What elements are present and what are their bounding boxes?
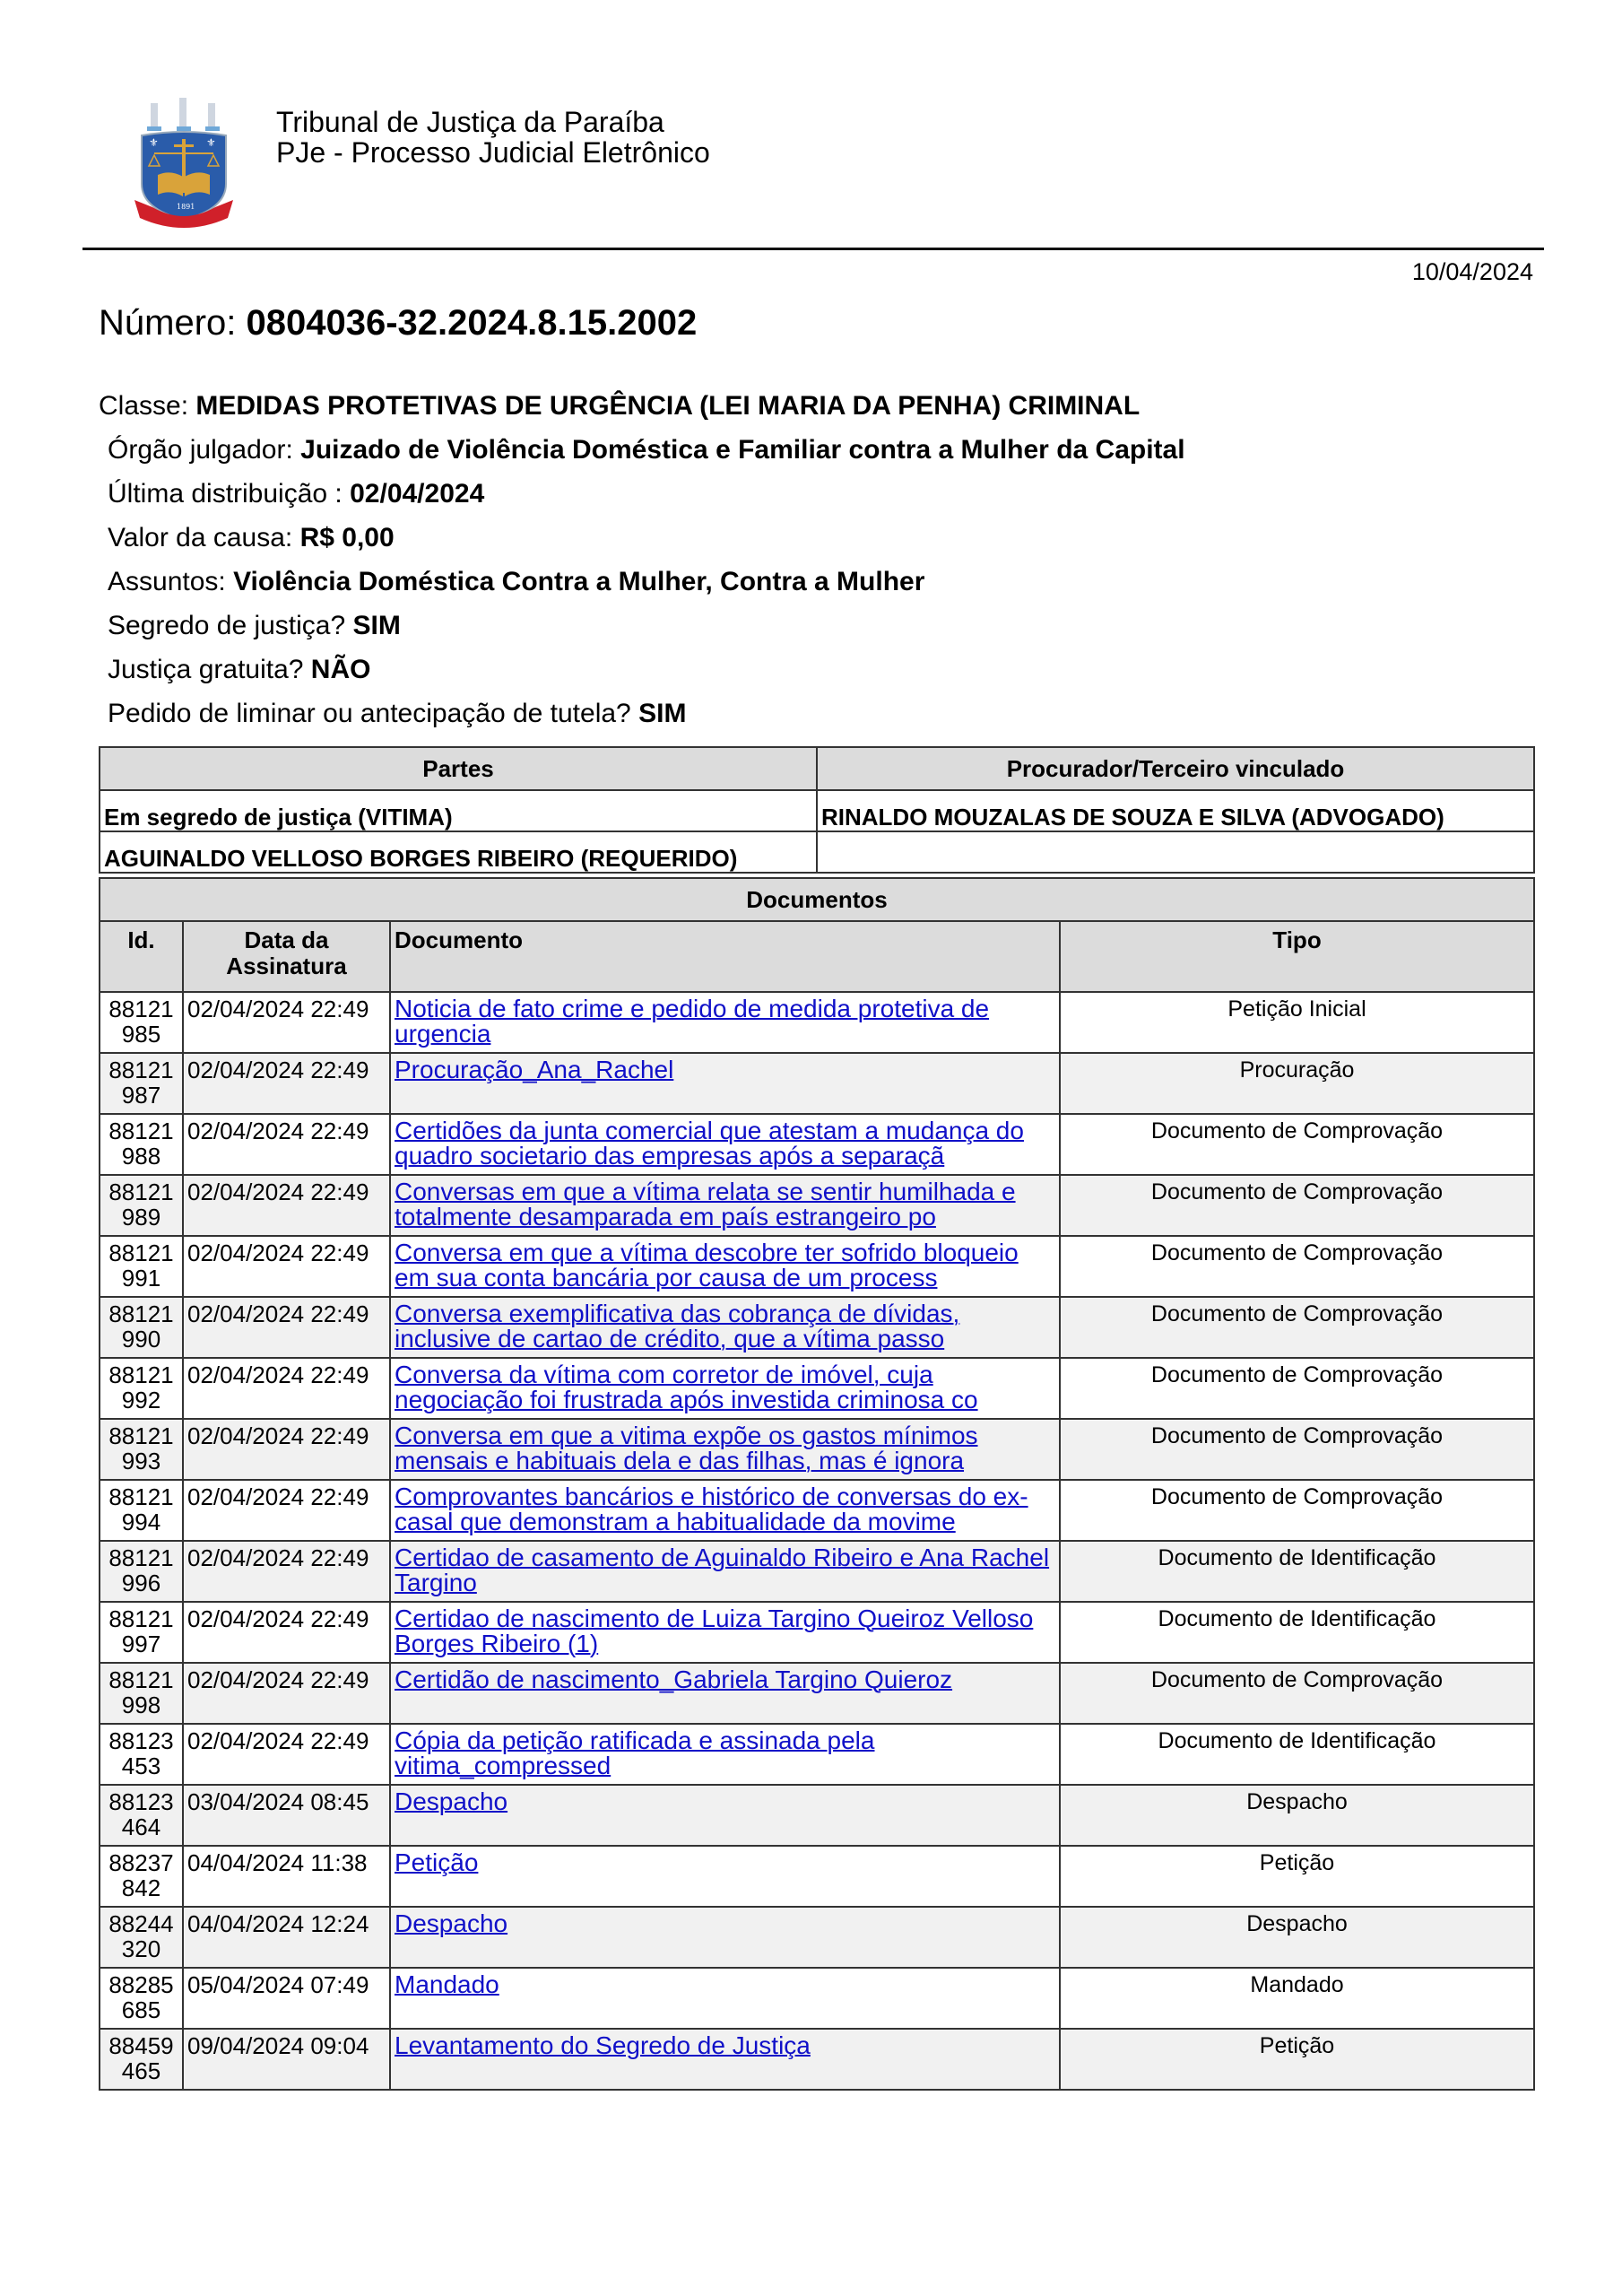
document-id: 88121991 [100, 1236, 183, 1297]
col-date: Data daAssinatura [183, 921, 390, 992]
document-link[interactable]: Despacho [395, 1787, 507, 1815]
document-row: 8845946509/04/2024 09:04Levantamento do … [100, 2029, 1534, 2090]
document-link[interactable]: Conversa da vítima com corretor de imóve… [395, 1361, 978, 1413]
documents-body: 8812198502/04/2024 22:49Noticia de fato … [100, 992, 1534, 2090]
document-row: 8812199302/04/2024 22:49Conversa em que … [100, 1419, 1534, 1480]
document-cell: Despacho [390, 1907, 1060, 1968]
field-valor-causa: Valor da causa: R$ 0,00 [99, 516, 1185, 560]
court-title-block: Tribunal de Justiça da Paraíba PJe - Pro… [276, 107, 710, 168]
document-cell: Comprovantes bancários e histórico de co… [390, 1480, 1060, 1541]
process-number-label: Número: [99, 303, 236, 343]
party-row: AGUINALDO VELLOSO BORGES RIBEIRO (REQUER… [100, 831, 1534, 873]
col-type: Tipo [1060, 921, 1534, 992]
document-cell: Conversas em que a vítima relata se sent… [390, 1175, 1060, 1236]
document-type: Procuração [1060, 1053, 1534, 1114]
document-link[interactable]: Conversa exemplificativa das cobrança de… [395, 1300, 959, 1352]
party-name: Em segredo de justiça (VITIMA) [100, 790, 817, 831]
document-id: 88459465 [100, 2029, 183, 2090]
document-link[interactable]: Certidão de nascimento_Gabriela Targino … [395, 1665, 952, 1693]
documents-column-headers: Id. Data daAssinatura Documento Tipo [100, 921, 1534, 992]
document-link[interactable]: Despacho [395, 1909, 507, 1937]
col-id: Id. [100, 921, 183, 992]
field-pedido-liminar: Pedido de liminar ou antecipação de tute… [99, 691, 1185, 735]
document-cell: Mandado [390, 1968, 1060, 2029]
party-name: AGUINALDO VELLOSO BORGES RIBEIRO (REQUER… [100, 831, 817, 873]
party-attorney [817, 831, 1534, 873]
document-signature-date: 02/04/2024 22:49 [183, 1053, 390, 1114]
document-id: 88121989 [100, 1175, 183, 1236]
document-type: Despacho [1060, 1785, 1534, 1846]
svg-text:1891: 1891 [177, 203, 195, 211]
document-type: Documento de Identificação [1060, 1602, 1534, 1663]
document-type: Documento de Comprovação [1060, 1663, 1534, 1724]
document-type: Documento de Comprovação [1060, 1419, 1534, 1480]
document-signature-date: 02/04/2024 22:49 [183, 1419, 390, 1480]
system-name: PJe - Processo Judicial Eletrônico [276, 137, 710, 168]
document-type: Petição [1060, 2029, 1534, 2090]
document-link[interactable]: Mandado [395, 1970, 499, 1998]
document-type: Documento de Comprovação [1060, 1175, 1534, 1236]
document-id: 88237842 [100, 1846, 183, 1907]
process-number-value: 0804036-32.2024.8.15.2002 [247, 303, 698, 343]
document-cell: Conversa em que a vítima descobre ter so… [390, 1236, 1060, 1297]
col-document: Documento [390, 921, 1060, 992]
party-attorney: RINALDO MOUZALAS DE SOUZA E SILVA (ADVOG… [817, 790, 1534, 831]
document-signature-date: 02/04/2024 22:49 [183, 1358, 390, 1419]
document-row: 8812198902/04/2024 22:49Conversas em que… [100, 1175, 1534, 1236]
document-type: Petição [1060, 1846, 1534, 1907]
document-row: 8812198702/04/2024 22:49Procuração_Ana_R… [100, 1053, 1534, 1114]
document-id: 88121996 [100, 1541, 183, 1602]
document-row: 8812198802/04/2024 22:49Certidões da jun… [100, 1114, 1534, 1175]
document-row: 8812198502/04/2024 22:49Noticia de fato … [100, 992, 1534, 1053]
document-signature-date: 02/04/2024 22:49 [183, 1602, 390, 1663]
document-id: 88123453 [100, 1724, 183, 1785]
document-link[interactable]: Conversas em que a vítima relata se sent… [395, 1178, 1016, 1231]
document-signature-date: 02/04/2024 22:49 [183, 1175, 390, 1236]
document-cell: Conversa da vítima com corretor de imóve… [390, 1358, 1060, 1419]
document-row: 8812346403/04/2024 08:45DespachoDespacho [100, 1785, 1534, 1846]
document-link[interactable]: Certidao de casamento de Aguinaldo Ribei… [395, 1544, 1049, 1596]
party-row: Em segredo de justiça (VITIMA) RINALDO M… [100, 790, 1534, 831]
document-link[interactable]: Certidões da junta comercial que atestam… [395, 1117, 1024, 1170]
document-id: 88121997 [100, 1602, 183, 1663]
document-id: 88121998 [100, 1663, 183, 1724]
document-signature-date: 02/04/2024 22:49 [183, 992, 390, 1053]
document-row: 8828568505/04/2024 07:49MandadoMandado [100, 1968, 1534, 2029]
document-row: 8812199002/04/2024 22:49Conversa exempli… [100, 1297, 1534, 1358]
parties-table: Partes Procurador/Terceiro vinculado Em … [99, 746, 1535, 874]
document-signature-date: 05/04/2024 07:49 [183, 1968, 390, 2029]
document-signature-date: 02/04/2024 22:49 [183, 1541, 390, 1602]
document-row: 8812199402/04/2024 22:49Comprovantes ban… [100, 1480, 1534, 1541]
document-cell: Despacho [390, 1785, 1060, 1846]
document-row: 8824432004/04/2024 12:24DespachoDespacho [100, 1907, 1534, 1968]
document-link[interactable]: Certidao de nascimento de Luiza Targino … [395, 1605, 1033, 1657]
field-classe: Classe: MEDIDAS PROTETIVAS DE URGÊNCIA (… [99, 384, 1185, 428]
parties-header: Partes [100, 747, 817, 790]
document-cell: Conversa exemplificativa das cobrança de… [390, 1297, 1060, 1358]
document-link[interactable]: Comprovantes bancários e histórico de co… [395, 1483, 1028, 1535]
document-id: 88121987 [100, 1053, 183, 1114]
document-type: Documento de Comprovação [1060, 1358, 1534, 1419]
document-cell: Certidao de casamento de Aguinaldo Ribei… [390, 1541, 1060, 1602]
document-cell: Conversa em que a vitima expõe os gastos… [390, 1419, 1060, 1480]
field-assuntos: Assuntos: Violência Doméstica Contra a M… [99, 560, 1185, 604]
document-id: 88285685 [100, 1968, 183, 2029]
document-type: Documento de Identificação [1060, 1724, 1534, 1785]
document-link[interactable]: Conversa em que a vítima descobre ter so… [395, 1239, 1019, 1291]
document-link[interactable]: Procuração_Ana_Rachel [395, 1056, 673, 1083]
document-link[interactable]: Noticia de fato crime e pedido de medida… [395, 995, 989, 1048]
documents-table: Documentos Id. Data daAssinatura Documen… [99, 877, 1535, 2091]
documents-title: Documentos [100, 878, 1534, 921]
document-row: 8812199802/04/2024 22:49Certidão de nasc… [100, 1663, 1534, 1724]
parties-header-row: Partes Procurador/Terceiro vinculado [100, 747, 1534, 790]
document-id: 88121992 [100, 1358, 183, 1419]
document-id: 88121993 [100, 1419, 183, 1480]
document-row: 8812199202/04/2024 22:49Conversa da víti… [100, 1358, 1534, 1419]
document-cell: Levantamento do Segredo de Justiça [390, 2029, 1060, 2090]
document-cell: Certidões da junta comercial que atestam… [390, 1114, 1060, 1175]
document-cell: Cópia da petição ratificada e assinada p… [390, 1724, 1060, 1785]
document-link[interactable]: Cópia da petição ratificada e assinada p… [395, 1726, 874, 1779]
court-name: Tribunal de Justiça da Paraíba [276, 107, 710, 137]
tjpb-coat-of-arms-icon: ⚜ ⚜ 1891 [134, 94, 233, 238]
print-date: 10/04/2024 [1412, 258, 1533, 286]
document-signature-date: 02/04/2024 22:49 [183, 1114, 390, 1175]
document-cell: Certidao de nascimento de Luiza Targino … [390, 1602, 1060, 1663]
document-id: 88121985 [100, 992, 183, 1053]
document-row: 8812199602/04/2024 22:49Certidao de casa… [100, 1541, 1534, 1602]
process-number: Número: 0804036-32.2024.8.15.2002 [99, 303, 697, 344]
document-cell: Certidão de nascimento_Gabriela Targino … [390, 1663, 1060, 1724]
document-link[interactable]: Conversa em que a vitima expõe os gastos… [395, 1422, 978, 1474]
document-type: Documento de Comprovação [1060, 1480, 1534, 1541]
document-signature-date: 04/04/2024 11:38 [183, 1846, 390, 1907]
field-segredo-justica: Segredo de justiça? SIM [99, 604, 1185, 648]
svg-text:⚜: ⚜ [149, 136, 159, 149]
document-link[interactable]: Petição [395, 1848, 478, 1876]
document-id: 88121990 [100, 1297, 183, 1358]
field-justica-gratuita: Justiça gratuita? NÃO [99, 648, 1185, 691]
document-cell: Procuração_Ana_Rachel [390, 1053, 1060, 1114]
document-id: 88123464 [100, 1785, 183, 1846]
document-link[interactable]: Levantamento do Segredo de Justiça [395, 2031, 811, 2059]
document-id: 88121994 [100, 1480, 183, 1541]
document-row: 8812345302/04/2024 22:49Cópia da petição… [100, 1724, 1534, 1785]
header-divider [82, 248, 1544, 250]
document-id: 88121988 [100, 1114, 183, 1175]
document-type: Despacho [1060, 1907, 1534, 1968]
document-signature-date: 04/04/2024 12:24 [183, 1907, 390, 1968]
document-signature-date: 02/04/2024 22:49 [183, 1480, 390, 1541]
document-cell: Noticia de fato crime e pedido de medida… [390, 992, 1060, 1053]
document-signature-date: 02/04/2024 22:49 [183, 1297, 390, 1358]
document-signature-date: 02/04/2024 22:49 [183, 1236, 390, 1297]
document-type: Mandado [1060, 1968, 1534, 2029]
document-row: 8823784204/04/2024 11:38PetiçãoPetição [100, 1846, 1534, 1907]
document-signature-date: 02/04/2024 22:49 [183, 1724, 390, 1785]
svg-text:⚜: ⚜ [206, 136, 216, 149]
document-id: 88244320 [100, 1907, 183, 1968]
document-signature-date: 03/04/2024 08:45 [183, 1785, 390, 1846]
documents-title-row: Documentos [100, 878, 1534, 921]
document-type: Documento de Comprovação [1060, 1236, 1534, 1297]
document-row: 8812199702/04/2024 22:49Certidao de nasc… [100, 1602, 1534, 1663]
document-type: Petição Inicial [1060, 992, 1534, 1053]
field-ultima-distribuicao: Última distribuição : 02/04/2024 [99, 472, 1185, 516]
document-row: 8812199102/04/2024 22:49Conversa em que … [100, 1236, 1534, 1297]
document-signature-date: 02/04/2024 22:49 [183, 1663, 390, 1724]
document-cell: Petição [390, 1846, 1060, 1907]
process-info: Classe: MEDIDAS PROTETIVAS DE URGÊNCIA (… [99, 384, 1185, 735]
document-type: Documento de Identificação [1060, 1541, 1534, 1602]
field-orgao-julgador: Órgão julgador: Juizado de Violência Dom… [99, 428, 1185, 472]
document-type: Documento de Comprovação [1060, 1114, 1534, 1175]
document-signature-date: 09/04/2024 09:04 [183, 2029, 390, 2090]
attorney-header: Procurador/Terceiro vinculado [817, 747, 1534, 790]
document-type: Documento de Comprovação [1060, 1297, 1534, 1358]
